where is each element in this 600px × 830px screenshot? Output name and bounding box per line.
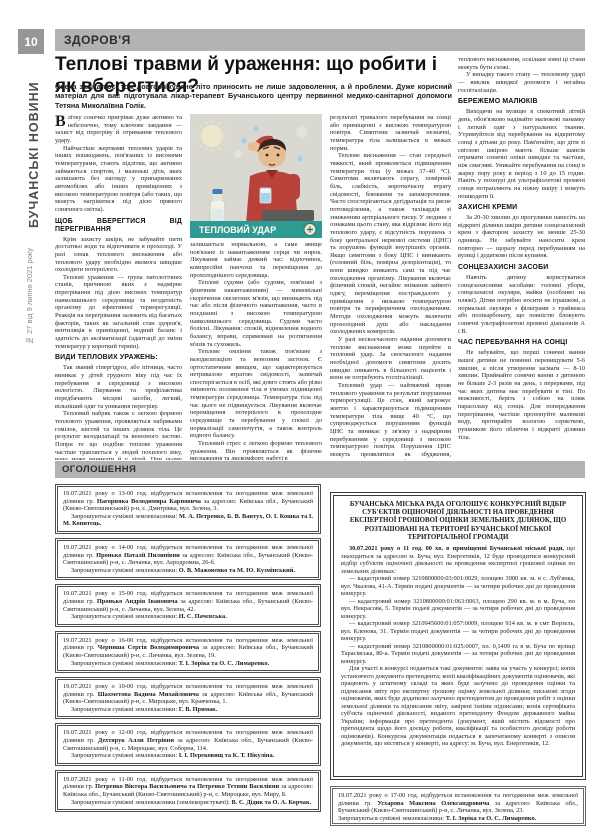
invitee-names: Н. С. Пачевська.: [179, 613, 227, 620]
announcement-item: 19.07.2021 року о 16-00 год. відбудеться…: [55, 631, 321, 673]
paragraph: Навчіть дитину користуватися сонцезахисн…: [458, 274, 585, 335]
parcel-item: — кадастровий номер 3210945600:01:057:00…: [341, 620, 575, 643]
article-column-3: результаті тривалого перебування на сонц…: [330, 114, 451, 460]
paragraph: Не забувайте, що перші сонячні ванни ваш…: [458, 349, 585, 441]
subheading: ВИДИ ТЕПЛОВИХ УРАЖЕНЬ:: [55, 354, 182, 362]
paragraph: Тепловий стрес є легкою формою теплового…: [190, 440, 322, 460]
paragraph: літку сонечко пригріває дуже активно та …: [55, 114, 182, 144]
parcel-item: — кадастровий номер 3210800000:01:063:00…: [341, 598, 575, 621]
article-lead: Спека зашкалює, тож довгоочікуване літо …: [55, 82, 452, 110]
notice-date: 30.07.2021 року о 11 год. 00 хв. в примі…: [349, 545, 564, 552]
parcel-item: — кадастровий номер 3210800000:03:001:00…: [341, 575, 575, 598]
announcement-name: Пронько Андрія Івановича: [97, 598, 178, 605]
paragraph: Тепловий удар — найтяжчий прояв тепловог…: [330, 382, 451, 460]
subheading: ЩОБ ВБЕРЕГТИСЯ ВІД ПЕРЕГРІВАННЯ: [55, 218, 182, 234]
article-column-1: Влітку сонечко пригріває дуже активно та…: [55, 114, 182, 460]
paragraph: У випадку такого стану — тепловому ударі…: [458, 71, 585, 94]
announcement-item: 19.07.2021 року о 14-00 год. відбудеться…: [55, 538, 321, 580]
subheading: СОНЦЕЗАХИСНІ ЗАСОБИ: [458, 264, 585, 272]
article-column-2: ТЕПЛОВИЙ УДАР залишається нормальною, а …: [190, 114, 322, 460]
announcement-name: Петренко Віктора Васильовича та Петренко…: [95, 783, 279, 790]
subheading: БЕРЕЖЕМО МАЛЮКІВ: [458, 98, 585, 106]
paragraph: Тепловий набряк також є легкою формою те…: [55, 410, 182, 460]
invitee-names: В. Є. Дідик та О. А. Корчак.: [231, 799, 311, 806]
announcement-item: 19.07.2021 року о 17-00 год. відбудеться…: [330, 786, 586, 826]
invitee-names: Г. В. Примак.: [179, 706, 218, 713]
paragraph: Теплові судоми (або судоми, пов'язані з …: [190, 279, 322, 348]
paragraph: За 20-30 хвилин до прогулянки нанесіть н…: [458, 214, 585, 260]
masthead-vertical: БУЧАНСЬКІ НОВИНИ: [27, 58, 41, 228]
announcement-item: 19.07.2021 року о 12-00 год. відбудеться…: [55, 723, 321, 765]
subheading: ЗАХИСНІ КРЕМИ: [458, 204, 585, 212]
notice-outro: Для участі в конкурсі подаються такі док…: [341, 665, 575, 748]
paragraph: залишається нормальною, а саме явище пов…: [190, 241, 322, 279]
notice-title: БУЧАНСЬКА МІСЬКА РАДА ОГОЛОШУЄ КОНКУРСНИ…: [341, 501, 575, 542]
heatstroke-illustration: ТЕПЛОВИЙ УДАР: [190, 114, 322, 238]
drop-cap: В: [55, 114, 68, 129]
announcement-name: Нагорняка Володимира Карповича: [97, 498, 201, 505]
announcement-name: Дехтярук Алли Петрівни: [98, 737, 174, 744]
invitee-names: Т. І. Зоріка та О. С. Лимаренко.: [446, 815, 537, 822]
paragraph: результаті тривалого перебування на сонц…: [330, 114, 451, 152]
paragraph: Найчастіше жертвами теплових ударів та і…: [55, 145, 182, 214]
section-header-bar: ЗДОРОВ'Я: [55, 29, 585, 51]
invitee-names: Т. І. Зоріка та О. С. Лимаренко.: [179, 660, 270, 667]
article-column-4: теплового виснаження, оскільки зовні ці …: [458, 56, 585, 458]
city-council-notice: БУЧАНСЬКА МІСЬКА РАДА ОГОЛОШУЄ КОНКУРСНИ…: [330, 492, 586, 780]
invitee-names: І. І. Перековищ та К. Т. Нікуліна.: [179, 752, 274, 759]
announcement-item: 19.07.2021 року о 11-00 год. відбудеться…: [55, 770, 321, 812]
paragraph: У разі несвоєчасного надання допомоги те…: [330, 336, 451, 382]
announcement-item: 19.07.2021 року о 13-00 год. відбудеться…: [55, 484, 321, 534]
newspaper-page: 10 ЗДОРОВ'Я БУЧАНСЬКІ НОВИНИ № 27 від 9 …: [0, 0, 600, 830]
paragraph: Теплові ураження — група патологічних ст…: [55, 274, 182, 351]
announcement-name: Пронько Наталії Пилипівни: [96, 552, 180, 559]
announcements-title: ОГОЛОШЕННЯ: [62, 464, 136, 475]
announcement-item: 19.07.2021 року о 15-00 год. відбудеться…: [55, 584, 321, 626]
page-number: 10: [18, 29, 44, 54]
dark-ledge: [262, 210, 314, 221]
parcel-item: — кадастровий номер 3210800000:01:025:00…: [341, 643, 575, 666]
paragraph: Так званий гіпергідроз, або пітниця, час…: [55, 364, 182, 410]
announcement-item: 19.07.2021 року о 10-00 год. відбудеться…: [55, 677, 321, 719]
paragraph: Теплове омління також пов'язане з вазоди…: [190, 348, 322, 440]
announcements-header-bar: ОГОЛОШЕННЯ: [55, 461, 585, 478]
announcement-name: Усхарова Максима Олександровича: [377, 800, 489, 807]
illustration-caption: ТЕПЛОВИЙ УДАР: [199, 224, 276, 235]
notice-intro: 30.07.2021 року о 11 год. 00 хв. в примі…: [341, 545, 575, 575]
announcement-name: Черниша Сергія Володимировича: [98, 644, 199, 651]
paragraph: Теплове виснаження — стан середньої тяжк…: [330, 152, 451, 336]
subheading: ЧАС ПЕРЕБУВАННЯ НА СОНЦІ: [458, 339, 585, 347]
invitee-names: О. В. Мажовенко та М. Ю. Кузмінський.: [179, 567, 295, 574]
issue-info-vertical: № 27 від 9 липня 2021 року: [25, 215, 34, 345]
sun-icon: [201, 125, 223, 147]
paragraph: Виходячи на вулицю в спекотний літній де…: [458, 108, 585, 200]
hand-with-cloth: [248, 142, 260, 151]
section-title: ЗДОРОВ'Я: [64, 33, 131, 47]
paragraph: Крім захисту шкіри, не забувайте пити до…: [55, 236, 182, 274]
announcements-list: 19.07.2021 року о 13-00 год. відбудеться…: [55, 484, 321, 816]
paragraph: теплового виснаження, оскільки зовні ці …: [458, 56, 585, 71]
bottle-cap: [213, 189, 223, 194]
announcement-name: Шахметова Вадима Михайловича: [98, 691, 199, 698]
